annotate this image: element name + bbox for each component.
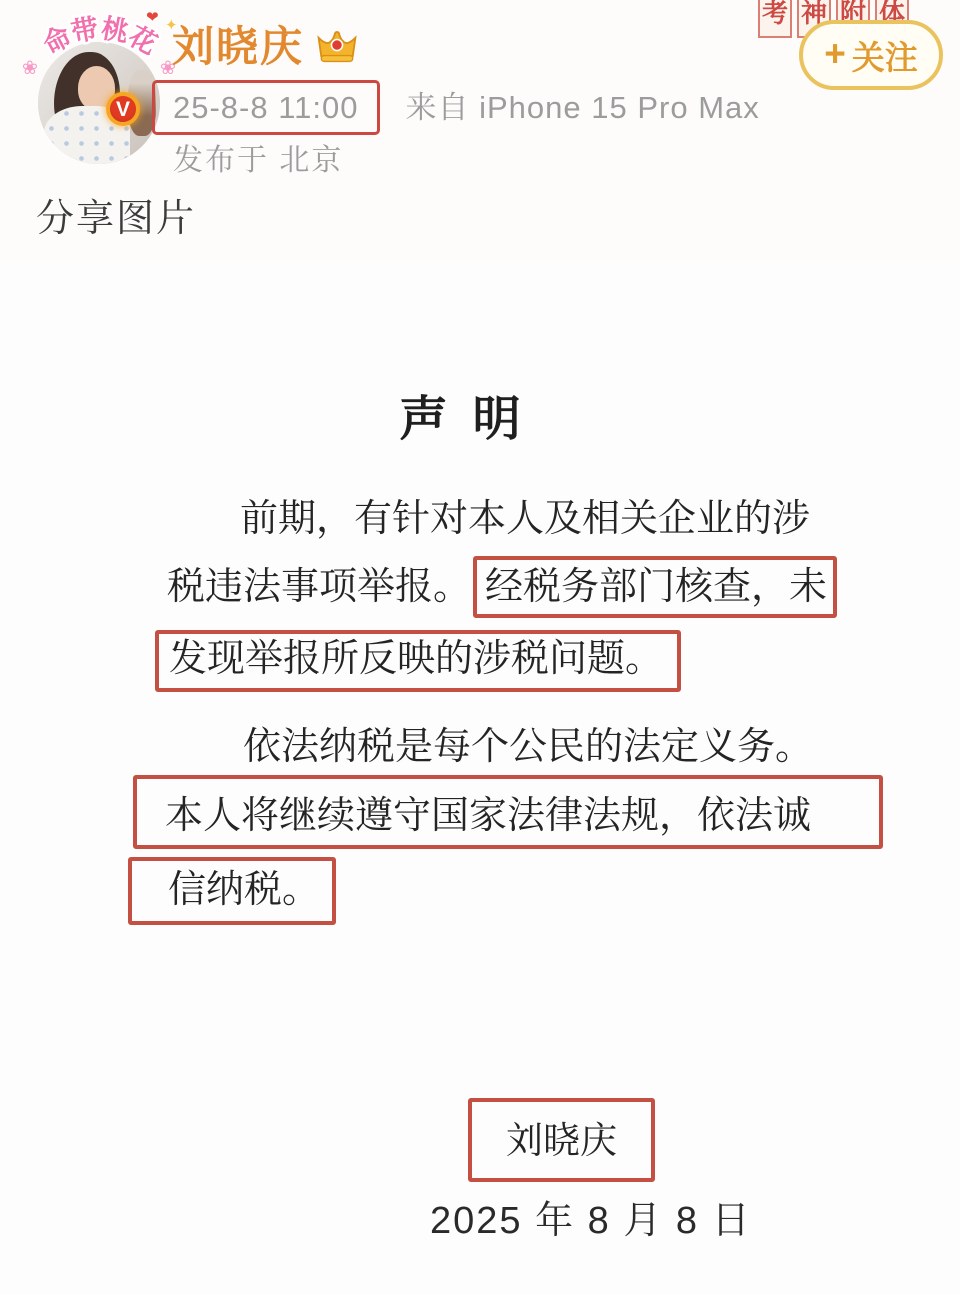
red-annotation-box: 刘晓庆 [468, 1098, 655, 1182]
red-annotation-box: 信纳税。 [128, 857, 336, 925]
weibo-post-screen: 命带桃花 ❀ ❀ ❤ ✦ V 刘晓庆 25-8-8 11:00 来自 iPhon… [0, 0, 960, 1294]
statement-image[interactable]: 声 明 前期，有针对本人及相关企业的涉 税违法事项举报。经税务部门核查，未 发现… [0, 260, 960, 1294]
timestamp-annotation-box: 25-8-8 11:00 [152, 80, 380, 135]
statement-line: 发现举报所反映的涉税问题。 [155, 630, 681, 692]
red-annotation-box: 本人将继续遵守国家法律法规，依法诚 [133, 775, 883, 849]
avatar-frame-arc-text: 命带桃花 [38, 13, 162, 60]
stamp-character: 考 [758, 0, 792, 38]
statement-signature-line: 刘晓庆 [468, 1098, 655, 1182]
avatar-frame-decoration: 命带桃花 ❀ ❀ ❤ ✦ [18, 4, 182, 88]
verified-badge: V [106, 92, 140, 126]
statement-line: 前期，有针对本人及相关企业的涉 [240, 500, 810, 538]
vip-crown-icon [316, 28, 358, 66]
statement-text-highlighted: 经税务部门核查，未 [485, 566, 827, 608]
timestamp[interactable]: 25-8-8 11:00 [173, 90, 359, 125]
statement-line: 本人将继续遵守国家法律法规，依法诚 [133, 775, 883, 849]
post-meta-row: 25-8-8 11:00 来自 iPhone 15 Pro Max [152, 80, 760, 135]
statement-text-highlighted: 信纳税。 [168, 869, 320, 911]
statement-text-highlighted: 本人将继续遵守国家法律法规，依法诚 [165, 795, 811, 837]
statement-line: 信纳税。 [128, 857, 336, 925]
username[interactable]: 刘晓庆 [172, 24, 304, 70]
follow-button-label: 关注 [852, 32, 918, 79]
statement-signature: 刘晓庆 [506, 1120, 617, 1161]
statement-text-highlighted: 发现举报所反映的涉税问题。 [169, 638, 663, 680]
plus-icon: + [824, 35, 846, 72]
red-annotation-box: 发现举报所反映的涉税问题。 [155, 630, 681, 692]
verified-badge-letter: V [116, 99, 130, 120]
statement-line: 税违法事项举报。经税务部门核查，未 [167, 556, 837, 618]
user-line: 刘晓庆 [172, 24, 358, 70]
statement-text-plain: 税违法事项举报。 [167, 566, 471, 608]
post-text: 分享图片 [36, 200, 196, 238]
post-source-link[interactable]: 来自 iPhone 15 Pro Max [406, 92, 760, 123]
statement-line: 依法纳税是每个公民的法定义务。 [243, 728, 813, 766]
statement-title: 声 明 [0, 396, 920, 444]
flower-icon: ❀ [22, 58, 38, 79]
red-annotation-box: 经税务部门核查，未 [473, 556, 837, 618]
post-location[interactable]: 发布于 北京 [173, 146, 343, 176]
statement-date: 2025 年 8 月 8 日 [430, 1202, 752, 1240]
follow-button[interactable]: + 关注 [799, 20, 943, 90]
heart-icon: ❤ [146, 9, 159, 26]
